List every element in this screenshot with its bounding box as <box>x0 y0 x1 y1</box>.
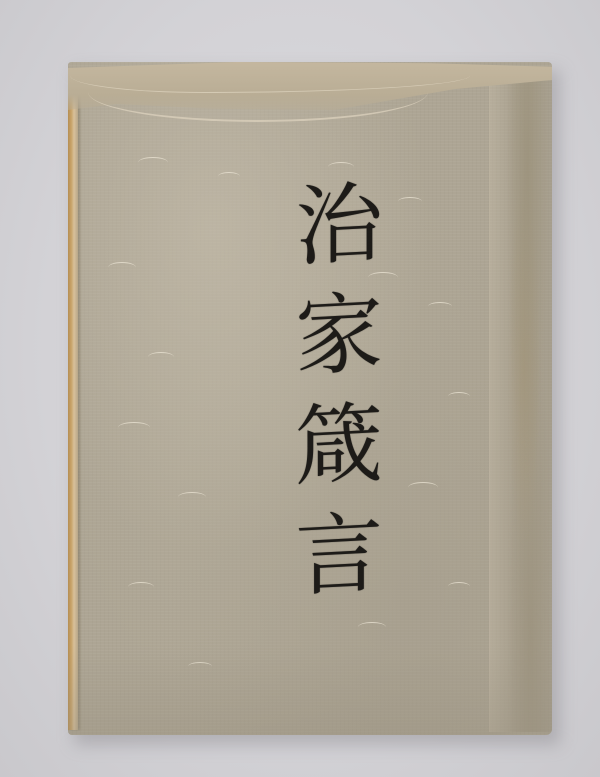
paper-fiber <box>448 582 470 591</box>
paper-fiber <box>218 172 240 181</box>
paper-fiber <box>138 157 168 168</box>
binding-strip <box>489 68 552 732</box>
bottom-shade <box>68 645 552 735</box>
photo-scene: 治家箴言 <box>0 0 600 777</box>
paper-fiber <box>328 162 354 172</box>
book-cover: 治家箴言 <box>68 62 552 735</box>
book-title-calligraphy: 治家箴言 <box>226 176 376 624</box>
paper-fiber <box>128 582 154 592</box>
paper-fiber <box>448 392 470 401</box>
paper-fiber <box>108 262 136 273</box>
paper-fiber <box>358 622 386 632</box>
paper-fiber <box>178 492 206 502</box>
paper-fiber <box>148 352 174 362</box>
page-edge <box>68 70 78 730</box>
paper-fiber <box>428 302 452 311</box>
paper-fiber <box>398 197 422 206</box>
paper-fiber <box>408 482 438 493</box>
paper-fiber <box>118 422 150 433</box>
